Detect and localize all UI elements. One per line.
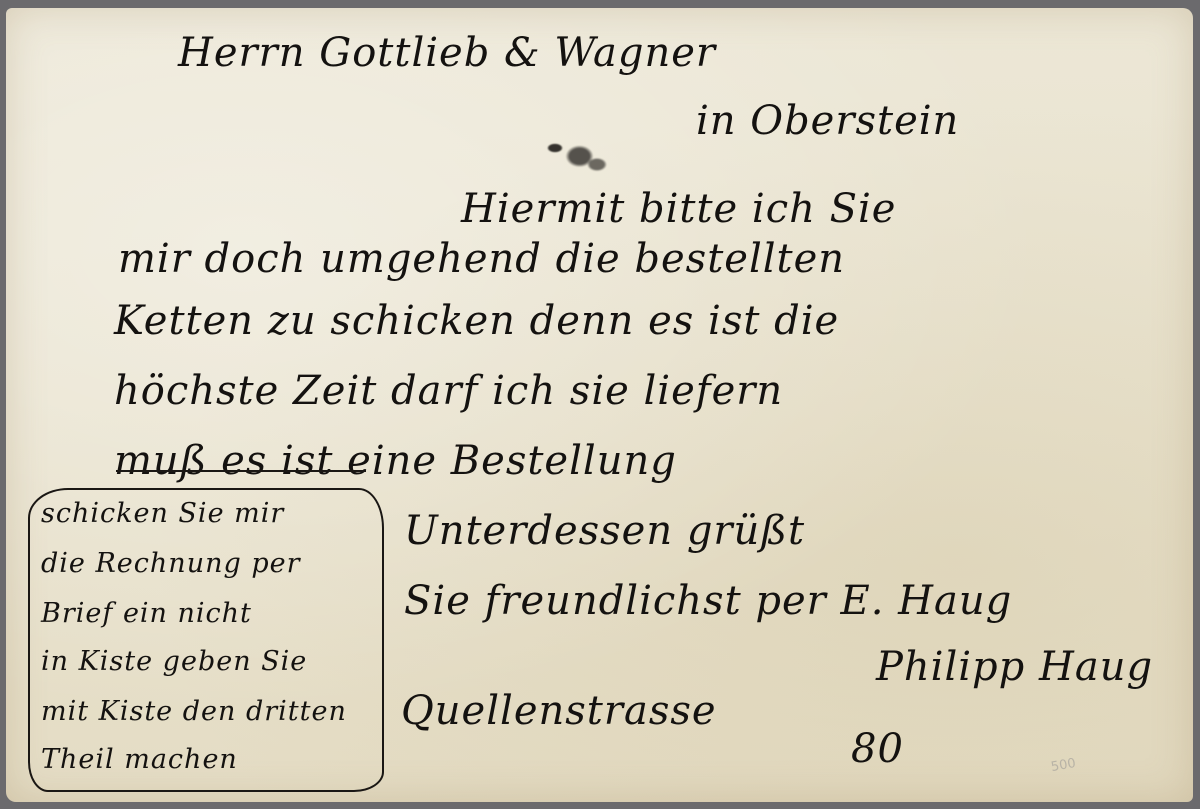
note-line-3: Brief ein nicht [41,598,252,629]
body-line-4: höchste Zeit darf ich sie liefern [114,368,783,414]
address-recipient: Herrn Gottlieb & Wagner [178,30,716,76]
body-line-6: Unterdessen grüßt [404,508,805,554]
note-line-6: Theil machen [41,744,238,775]
note-line-4: in Kiste geben Sie [41,646,307,677]
ink-blot [541,126,611,181]
pencil-mark: 500 [1050,756,1077,775]
signature: Philipp Haug [876,644,1153,690]
sender-number: 80 [851,726,904,772]
body-line-7: Sie freundlichst per E. Haug [404,578,1012,624]
body-line-3: Ketten zu schicken denn es ist die [114,298,839,344]
body-line-2: mir doch umgehend die bestellten [118,236,845,282]
underline [116,470,366,472]
note-line-2: die Rechnung per [41,548,301,579]
body-line-1: Hiermit bitte ich Sie [461,186,896,232]
note-line-5: mit Kiste den dritten [41,696,347,727]
sender-street: Quellenstrasse [401,688,717,734]
address-city: in Oberstein [696,98,959,144]
postcard: Herrn Gottlieb & Wagner in Oberstein Hie… [6,8,1193,802]
note-line-1: schicken Sie mir [41,498,284,529]
body-line-5: muß es ist eine Bestellung [114,438,677,484]
